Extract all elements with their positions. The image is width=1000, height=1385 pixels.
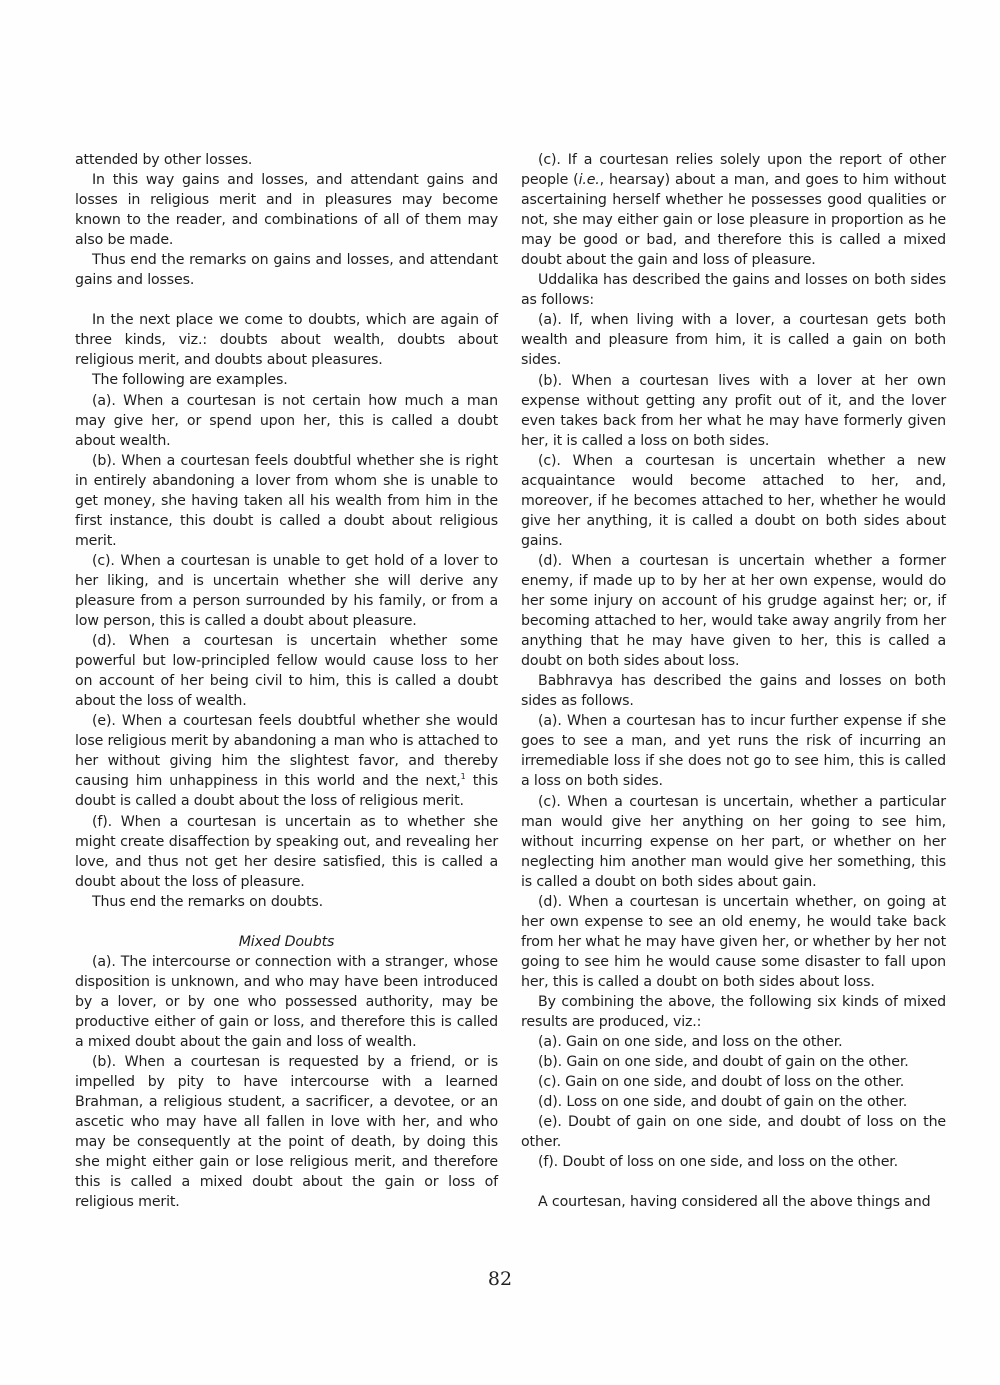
italic-text: i.e. [579, 172, 600, 188]
paragraph: (d). When a courtesan is uncertain wheth… [521, 551, 946, 671]
paragraph: In the next place we come to doubts, whi… [75, 310, 498, 370]
paragraph: (c). When a courtesan is uncertain wheth… [521, 451, 946, 551]
paragraph: (c). When a courtesan is uncertain, whet… [521, 792, 946, 892]
list-item: (d). Loss on one side, and doubt of gain… [521, 1092, 946, 1112]
paragraph: (c). When a courtesan is unable to get h… [75, 551, 498, 631]
paragraph: (c). If a courtesan relies solely upon t… [521, 150, 946, 270]
left-column: attended by other losses. In this way ga… [75, 150, 498, 1212]
paragraph: attended by other losses. [75, 150, 498, 170]
paragraph: Thus end the remarks on gains and losses… [75, 250, 498, 290]
paragraph: (a). When a courtesan has to incur furth… [521, 711, 946, 791]
paragraph: (b). When a courtesan lives with a lover… [521, 371, 946, 451]
paragraph: By combining the above, the following si… [521, 992, 946, 1032]
paragraph: (b). When a courtesan feels doubtful whe… [75, 451, 498, 551]
paragraph: Thus end the remarks on doubts. [75, 892, 498, 912]
paragraph: The following are examples. [75, 370, 498, 390]
paragraph: (d). When a courtesan is uncertain wheth… [521, 892, 946, 992]
page-number: 82 [0, 1268, 1000, 1290]
list-item: (c). Gain on one side, and doubt of loss… [521, 1072, 946, 1092]
paragraph: Babhravya has described the gains and lo… [521, 671, 946, 711]
paragraph: A courtesan, having considered all the a… [521, 1192, 946, 1212]
paragraph: (d). When a courtesan is uncertain wheth… [75, 631, 498, 711]
paragraph: (a). When a courtesan is not certain how… [75, 391, 498, 451]
paragraph: (b). When a courtesan is requested by a … [75, 1052, 498, 1212]
paragraph: (a). If, when living with a lover, a cou… [521, 310, 946, 370]
paragraph: (e). When a courtesan feels doubtful whe… [75, 711, 498, 811]
paragraph-text: (e). When a courtesan feels doubtful whe… [75, 713, 498, 789]
list-item: (b). Gain on one side, and doubt of gain… [521, 1052, 946, 1072]
paragraph: Uddalika has described the gains and los… [521, 270, 946, 310]
list-item: (f). Doubt of loss on one side, and loss… [521, 1152, 946, 1172]
book-page: attended by other losses. In this way ga… [0, 0, 1000, 1385]
paragraph: In this way gains and losses, and attend… [75, 170, 498, 250]
list-item: (a). Gain on one side, and loss on the o… [521, 1032, 946, 1052]
list-item: (e). Doubt of gain on one side, and doub… [521, 1112, 946, 1152]
paragraph: (f). When a courtesan is uncertain as to… [75, 812, 498, 892]
paragraph: (a). The intercourse or connection with … [75, 952, 498, 1052]
section-heading: Mixed Doubts [75, 932, 498, 952]
right-column: (c). If a courtesan relies solely upon t… [521, 150, 946, 1212]
